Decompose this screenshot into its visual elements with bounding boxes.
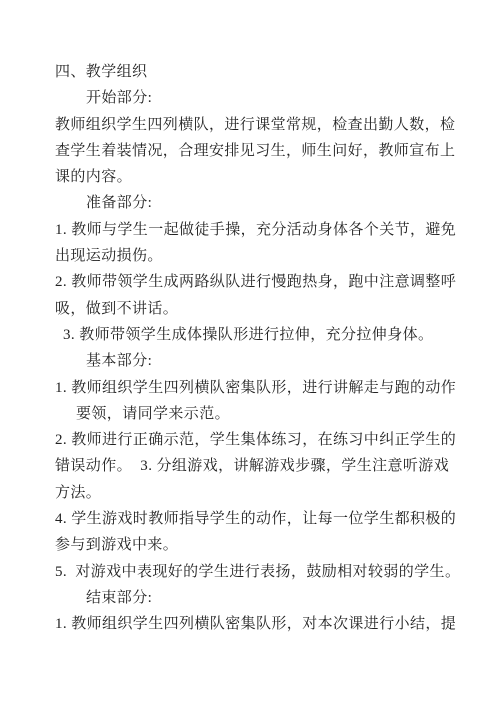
document-body: 四、教学组织开始部分:教师组织学生四列横队，进行课堂常规，检查出勤人数，检查学生… (55, 59, 469, 638)
text-line: 吸，做到不讲话。 (55, 296, 469, 322)
text-line: 1. 教师组织学生四列横队密集队形，对本次课进行小结，提 (55, 611, 469, 637)
document-page: 四、教学组织开始部分:教师组织学生四列横队，进行课堂常规，检查出勤人数，检查学生… (0, 0, 500, 707)
text-line: 出现运动损伤。 (55, 243, 469, 269)
text-line: 要领，请同学来示范。 (55, 401, 469, 427)
text-line: 课的内容。 (55, 164, 469, 190)
text-line: 教师组织学生四列横队，进行课堂常规，检查出勤人数，检 (55, 112, 469, 138)
text-line: 查学生着装情况，合理安排见习生，师生问好，教师宣布上 (55, 138, 469, 164)
section-heading-prepare: 准备部分: (55, 190, 469, 216)
text-line: 参与到游戏中来。 (55, 532, 469, 558)
text-line: 2. 教师进行正确示范，学生集体练习，在练习中纠正学生的 (55, 427, 469, 453)
text-line: 1. 教师与学生一起做徒手操，充分活动身体各个关节，避免 (55, 217, 469, 243)
document-title: 四、教学组织 (55, 59, 469, 85)
text-line: 方法。 (55, 480, 469, 506)
text-line: 3. 教师带领学生成体操队形进行拉伸，充分拉伸身体。 (55, 322, 469, 348)
section-heading-basic: 基本部分: (55, 348, 469, 374)
text-line: 错误动作。 3. 分组游戏，讲解游戏步骤，学生注意听游戏 (55, 453, 469, 479)
section-heading-start: 开始部分: (55, 85, 469, 111)
text-line: 2. 教师带领学生成两路纵队进行慢跑热身，跑中注意调整呼 (55, 269, 469, 295)
section-heading-end: 结束部分: (55, 585, 469, 611)
text-line: 1. 教师组织学生四列横队密集队形，进行讲解走与跑的动作 (55, 375, 469, 401)
text-line: 5. 对游戏中表现好的学生进行表扬，鼓励相对较弱的学生。 (55, 559, 469, 585)
text-line: 4. 学生游戏时教师指导学生的动作，让每一位学生都积极的 (55, 506, 469, 532)
